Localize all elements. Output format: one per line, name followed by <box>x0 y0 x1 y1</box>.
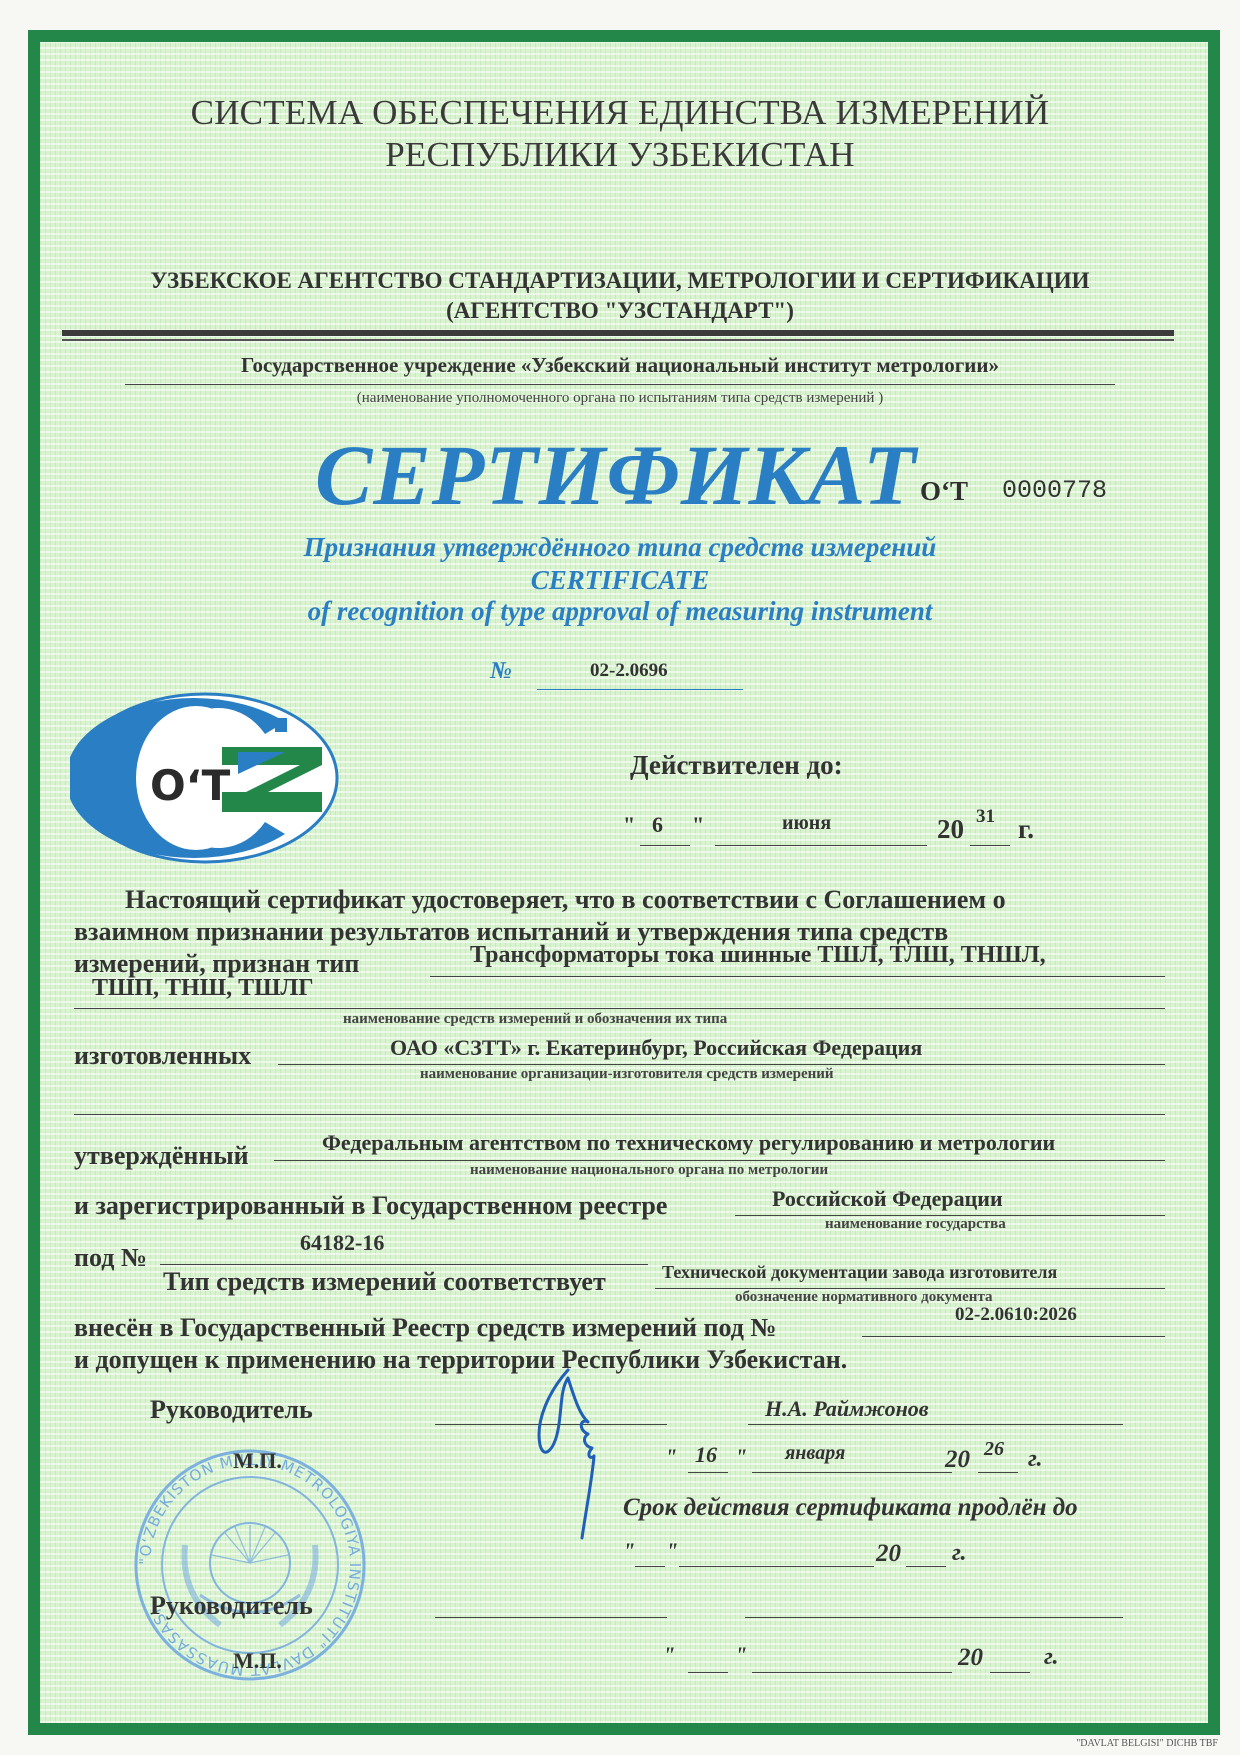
signature1-year-suffix: 26 <box>984 1438 1004 1461</box>
signature2-year-prefix: 20 <box>958 1644 983 1672</box>
signature1-year-prefix: 20 <box>945 1446 970 1474</box>
signature2-year-unit: г. <box>1044 1644 1059 1671</box>
extension-month-line <box>679 1566 874 1567</box>
signature2-stamp-label: М.П. <box>233 1645 282 1677</box>
under-no-label: под № <box>74 1242 147 1274</box>
signature2-role: Руководитель <box>150 1590 313 1622</box>
conforms-value: Технической документации завода изготови… <box>662 1262 1057 1283</box>
handwritten-signature-icon <box>520 1360 630 1540</box>
conforms-label: Тип средств измерений соответствует <box>163 1266 606 1298</box>
valid-quote-close: " <box>692 812 704 838</box>
number-sign: № <box>490 658 512 685</box>
agency-title: УЗБЕКСКОЕ АГЕНТСТВО СТАНДАРТИЗАЦИИ, МЕТР… <box>0 266 1240 326</box>
subtitle-ru: Признания утверждённого типа средств изм… <box>0 532 1240 563</box>
valid-month-underline <box>715 845 927 846</box>
conforms-note: обозначение нормативного документа <box>735 1289 993 1306</box>
certificate-serial: 0000778 <box>1002 476 1107 505</box>
manufactured-label: изготовленных <box>74 1040 251 1072</box>
signature1-role: Руководитель <box>150 1394 313 1426</box>
type-underline2 <box>74 1008 1165 1009</box>
entered-label: внесён в Государственный Реестр средств … <box>74 1312 777 1344</box>
entered-value: 02-2.0610:2026 <box>955 1304 1077 1326</box>
signature1-year-line <box>978 1472 1018 1473</box>
signature1-day-line <box>688 1472 728 1473</box>
otz-logo-icon: O‘T <box>70 692 340 864</box>
signature2-sign-line <box>435 1617 667 1618</box>
type-underline1 <box>430 976 1165 977</box>
number-underline <box>537 689 743 690</box>
manufacturer-underline <box>278 1064 1165 1065</box>
signature1-day: 16 <box>695 1442 717 1468</box>
certificate-number: 02-2.0696 <box>590 660 668 682</box>
svg-text:O‘T: O‘T <box>150 761 231 810</box>
system-title-line1: СИСТЕМА ОБЕСПЕЧЕНИЯ ЕДИНСТВА ИЗМЕРЕНИЙ <box>0 92 1240 134</box>
valid-year-suffix: 31 <box>976 806 995 828</box>
valid-year-unit: г. <box>1018 814 1034 845</box>
signature1-month-line <box>752 1472 952 1473</box>
blank-underline <box>74 1114 1165 1115</box>
system-title-line2: РЕСПУБЛИКИ УЗБЕКИСТАН <box>0 134 1240 176</box>
signature2-year-line <box>990 1672 1030 1673</box>
institution-name: Государственное учреждение «Узбекский на… <box>0 353 1240 378</box>
valid-month: июня <box>782 812 831 835</box>
certificate-series: O‘T <box>920 476 968 507</box>
approved-by-value: Федеральным агентством по техническому р… <box>322 1130 1055 1156</box>
under-no-value: 64182-16 <box>300 1230 384 1256</box>
valid-day: 6 <box>652 812 663 838</box>
signature1-name-line <box>748 1424 1123 1425</box>
institution-underline <box>125 384 1115 385</box>
signature2-month-line <box>752 1672 952 1673</box>
extension-year-prefix: 20 <box>876 1540 901 1568</box>
signature1-stamp-label: М.П. <box>233 1445 282 1477</box>
extension-label: Срок действия сертификата продлён до <box>623 1494 1078 1522</box>
extension-day-line <box>635 1566 665 1567</box>
signature2-name-line <box>745 1617 1123 1618</box>
divider-thick <box>62 330 1174 336</box>
entered-underline <box>862 1336 1165 1337</box>
valid-until-label: Действителен до: <box>630 750 843 781</box>
extension-year-unit: г. <box>952 1540 967 1567</box>
under-no-underline <box>160 1264 648 1265</box>
agency-title-line1: УЗБЕКСКОЕ АГЕНТСТВО СТАНДАРТИЗАЦИИ, МЕТР… <box>0 266 1240 296</box>
subtitle-en-title: CERTIFICATE <box>0 565 1240 596</box>
valid-year-underline <box>970 845 1010 846</box>
manufacturer-note: наименование организации-изготовителя ср… <box>420 1066 834 1083</box>
approved-label: утверждённый <box>74 1140 249 1172</box>
signature2-day-line <box>688 1672 728 1673</box>
registered-label: и зарегистрированный в Государственном р… <box>74 1190 667 1222</box>
certificate-title: СЕРТИФИКАТ <box>315 425 917 525</box>
body-para-line1: Настоящий сертификат удостоверяет, что в… <box>125 884 1006 916</box>
registered-note: наименование государства <box>825 1216 1006 1233</box>
type-value-line2: ТШП, ТНШ, ТШЛГ <box>92 975 314 1002</box>
registered-state-value: Российской Федерации <box>772 1186 1003 1212</box>
valid-day-underline <box>640 845 690 846</box>
valid-quote-open: " <box>623 812 635 838</box>
system-title: СИСТЕМА ОБЕСПЕЧЕНИЯ ЕДИНСТВА ИЗМЕРЕНИЙ Р… <box>0 92 1240 176</box>
signature1-name: Н.А. Раймжонов <box>765 1396 929 1422</box>
institution-note: (наименование уполномоченного органа по … <box>0 390 1240 407</box>
signature1-month: января <box>785 1442 845 1465</box>
valid-year-prefix: 20 <box>937 814 964 845</box>
type-value-line1: Трансформаторы тока шинные ТШЛ, ТЛШ, ТНШ… <box>470 942 1046 969</box>
admitted-text: и допущен к применению на территории Рес… <box>74 1344 847 1376</box>
manufacturer-value: ОАО «СЗТТ» г. Екатеринбург, Российская Ф… <box>390 1035 922 1061</box>
subtitle-en: of recognition of type approval of measu… <box>0 596 1240 627</box>
approved-underline <box>274 1160 1165 1161</box>
approved-note: наименование национального органа по мет… <box>470 1162 828 1179</box>
type-note: наименование средств измерений и обознач… <box>343 1011 727 1028</box>
signature1-year-unit: г. <box>1028 1446 1043 1473</box>
divider-thin <box>62 339 1174 341</box>
extension-year-line <box>906 1566 946 1567</box>
agency-title-line2: (АГЕНТСТВО "УЗСТАНДАРТ") <box>0 296 1240 326</box>
printer-mark: "DAVLAT BELGISI" DICHB TBF <box>1076 1738 1218 1749</box>
